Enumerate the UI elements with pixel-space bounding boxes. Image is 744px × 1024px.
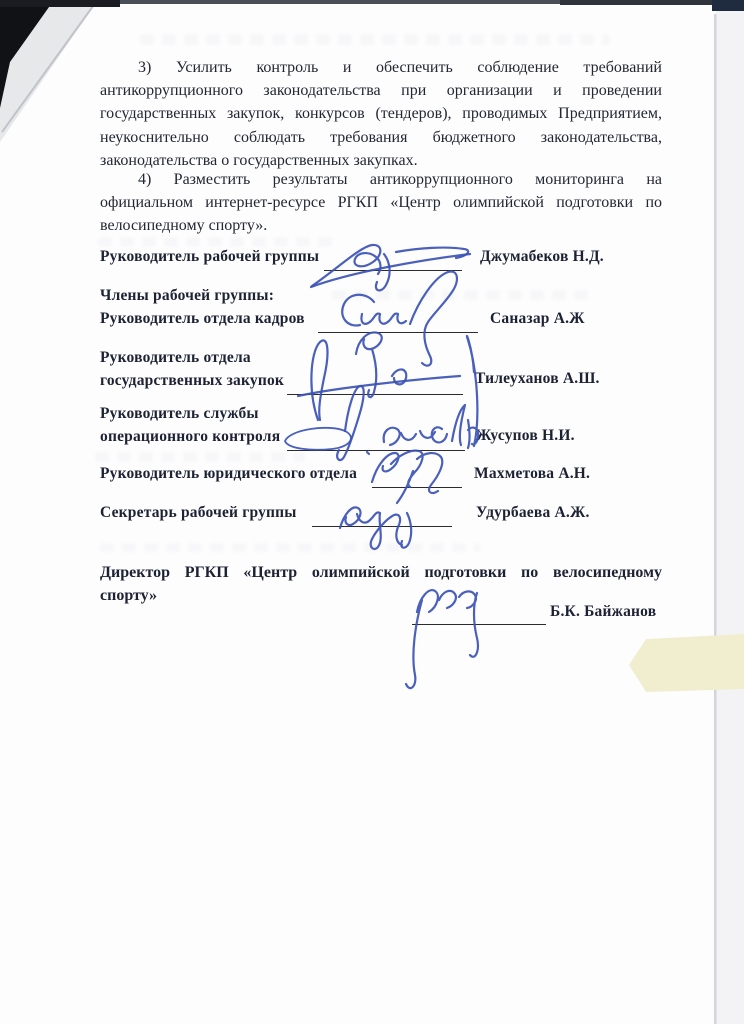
scanned-page: 3) Усилить контроль и обеспечить соблюде…	[0, 0, 744, 1024]
signatory-name: Саназар А.Ж	[490, 309, 585, 328]
signature-line	[318, 312, 478, 333]
document-content: 3) Усилить контроль и обеспечить соблюде…	[0, 0, 744, 1024]
paragraph-line: неукоснительно соблюдать требования бюдж…	[100, 126, 662, 149]
signatory-role: Руководитель юридического отдела	[100, 464, 357, 483]
signature-line	[372, 467, 462, 488]
paragraph-line: государственных закупок, конкурсов (тенд…	[100, 102, 662, 125]
signatory-name: Тилеуханов А.Ш.	[475, 369, 600, 388]
signatory-name: Жусупов Н.И.	[476, 426, 575, 445]
signatory-role: Секретарь рабочей группы	[100, 503, 297, 522]
signatory-role: Руководитель отдела	[100, 348, 251, 367]
signature-line	[287, 430, 465, 451]
signatory-role: Руководитель рабочей группы	[100, 247, 319, 266]
signature-line	[312, 506, 452, 527]
signatory-name: Махметова А.Н.	[474, 464, 590, 483]
paragraph-line: 3) Усилить контроль и обеспечить соблюде…	[100, 56, 662, 79]
signatory-role: операционного контроля	[100, 427, 280, 446]
paragraph-line: официальном интернет-ресурсе РГКП «Центр…	[100, 191, 662, 214]
paragraph-line: антикоррупционного законодательства при …	[100, 79, 662, 102]
members-heading: Члены рабочей группы:	[100, 286, 274, 305]
signatory-role: Руководитель отдела кадров	[100, 309, 305, 328]
paragraph-3: 3) Усилить контроль и обеспечить соблюде…	[100, 56, 662, 172]
signatory-name: Удурбаева А.Ж.	[476, 503, 590, 522]
director-name: Б.К. Байжанов	[550, 602, 656, 621]
director-title-line: Директор РГКП «Центр олимпийской подгото…	[100, 561, 662, 584]
signature-line	[412, 604, 546, 625]
paragraph-4: 4) Разместить результаты антикоррупционн…	[100, 168, 662, 238]
signatory-role: государственных закупок	[100, 371, 284, 390]
signature-line	[287, 374, 463, 395]
signatory-role: Руководитель службы	[100, 404, 259, 423]
paragraph-line: велосипедному спорту».	[100, 214, 662, 237]
signature-line	[324, 250, 462, 271]
signatory-name: Джумабеков Н.Д.	[480, 247, 604, 266]
body-text: 3) Усилить контроль и обеспечить соблюде…	[100, 56, 662, 238]
paragraph-line: 4) Разместить результаты антикоррупционн…	[100, 168, 662, 191]
director-title: Директор РГКП «Центр олимпийской подгото…	[100, 561, 662, 607]
